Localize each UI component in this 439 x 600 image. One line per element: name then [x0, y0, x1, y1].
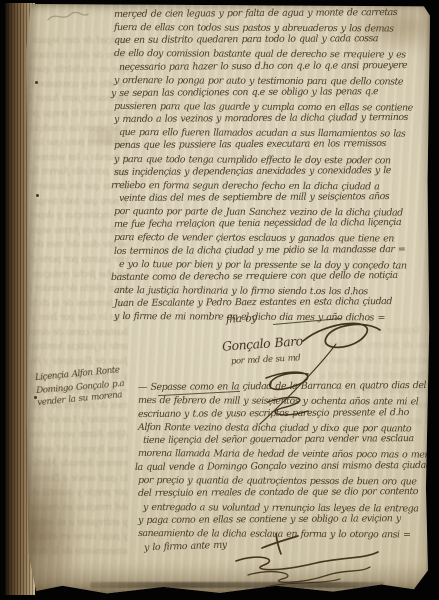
manuscript-line: sus inçidençias y dependençias anexidade… — [114, 163, 428, 178]
manuscript-line: — Sepasse como en la çiudad de la Barran… — [138, 379, 430, 394]
ghost-line: por preçio y quantia de quatroçientos pe… — [30, 486, 128, 501]
ghost-line: saneamiento de la dicha esclaua en forma… — [30, 545, 128, 560]
faint-margin-annotation — [46, 9, 90, 29]
manuscript-line: bastante como de derecho se rrequiere co… — [111, 269, 428, 284]
ghost-line: la qual vende a Domingo Gonçalo vezino a… — [30, 472, 128, 487]
ink-speck — [34, 396, 37, 399]
manuscript-line: escriuano y t.os de yuso escriptos pares… — [138, 406, 430, 421]
manuscript-line: me fue fecha rrelaçion que tenia neçessi… — [114, 216, 428, 231]
ghost-line: ante la justiçia hordinaria y lo firmo s… — [30, 340, 128, 355]
ghost-line: escriuano y t.os de yuso escriptos pares… — [30, 413, 128, 428]
ghost-line: y paga como en ellas se contiene y se ob… — [30, 530, 128, 545]
ghost-line: del rresçiuio en rreales de contado de q… — [30, 501, 128, 516]
manuscript-line: la qual vende a Domingo Gonçalo vezino a… — [135, 459, 430, 474]
faint-archive-watermark-strip — [90, 582, 384, 588]
ink-speck — [36, 194, 39, 197]
manuscript-page: merçed de cien leguas y por falta de agu… — [26, 4, 430, 594]
manuscript-line: y paga como en ellas se contiene y se ob… — [138, 512, 430, 527]
manuscript-line: penas que les pussiere las quales execut… — [114, 137, 428, 152]
scanned-manuscript-photo: merçed de cien leguas y por falta de agu… — [0, 0, 439, 600]
manuscript-line: que en su distrito quedaren para todo lo… — [114, 32, 428, 47]
manuscript-line: y se sepan las condiçiones con q.e se ob… — [111, 85, 428, 100]
manuscript-line: veinte dias del mes de septiembre de mil… — [119, 190, 428, 205]
manuscript-line: y mando a los vezinos y moradores de la … — [114, 111, 428, 126]
manuscript-line: Juan de Escalante y Pedro Baez estantes … — [114, 295, 428, 310]
ghost-line: morena llamada Maria de hedad de veinte … — [30, 457, 128, 472]
manuscript-line: neçessario para hazer lo suso d.ho con q… — [119, 58, 428, 73]
paragraph-second-act: — Sepasse como en la çiudad de la Barran… — [138, 381, 430, 541]
paragraph-main: merçed de cien leguas y por falta de agu… — [114, 8, 428, 323]
ghost-line: bastante como de derecho se rrequiere co… — [30, 326, 128, 341]
ghost-line: y entregado a su voluntad y rrenunçio la… — [30, 516, 128, 531]
ghost-line: Alfon Ronte vezino desta dicha çiudad y … — [30, 428, 128, 443]
manuscript-line: del rresçiuio en rreales de contado de q… — [138, 485, 430, 500]
closing-line: y lo firmo ante my — [144, 540, 227, 554]
manuscript-line: tiene liçençia del señor gouernador para… — [143, 432, 430, 447]
manuscript-line: los terminos de la dicha çiudad y me pid… — [114, 242, 428, 257]
manuscript-line: merçed de cien leguas y por falta de agu… — [114, 6, 428, 21]
ghost-line: tiene liçençia del señor gouernador para… — [30, 443, 128, 458]
ink-speck — [35, 81, 38, 84]
